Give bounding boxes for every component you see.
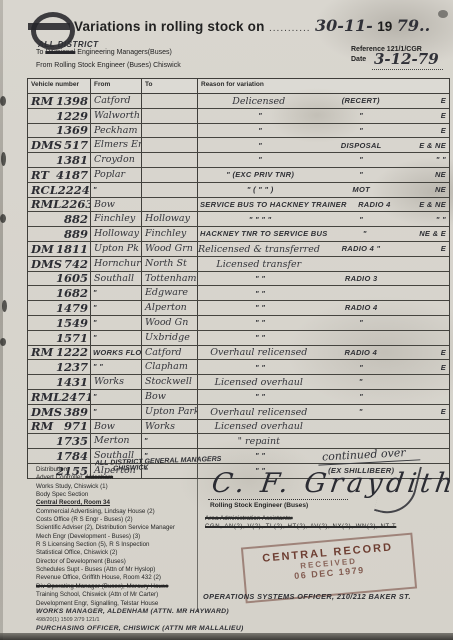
reason-cell: Licensed overhaul" — [198, 375, 449, 389]
reason-text: " " — [198, 390, 320, 404]
district-code: E — [400, 361, 449, 375]
vehicle-number-cell: 1381 — [28, 153, 91, 167]
reason-note: RADIO 3 — [320, 272, 400, 286]
to-prefix: To — [36, 49, 43, 56]
distribution-item: R S Licensing Section (5), R S Inspectio… — [36, 541, 236, 549]
reason-note: " — [328, 227, 400, 241]
to-cell — [142, 183, 198, 197]
scan-blot — [1, 152, 6, 166]
scan-blot — [0, 96, 6, 106]
form-title: Variations in rolling stock on — [74, 19, 265, 34]
distribution-item: Works Study, Chiswick (1) — [36, 483, 236, 491]
reason-cell: HACKNEY TNR TO SERVICE BUS"NE & E — [198, 227, 449, 241]
reason-text: Delicensed — [198, 95, 320, 108]
to-cell: Wood Grn — [142, 242, 198, 256]
handwritten-year: 79.. — [397, 16, 430, 35]
table-row: 1381Croydon""" " — [28, 153, 449, 168]
from-cell: " — [91, 390, 142, 404]
reason-cell: " " " """ " — [198, 212, 449, 226]
reason-cell: Licensed overhaul — [198, 420, 449, 434]
from-cell: Hornchurch — [91, 257, 142, 271]
distribution-item-text: Works Study, Chiswick (1) — [36, 483, 108, 490]
reason-cell: " ( " " )MOTNE — [198, 183, 449, 197]
vehicle-prefix: DM — [31, 243, 54, 256]
from-cell: Croydon — [91, 153, 142, 167]
distribution-item-text: Development Engr, Signalling, Telstar Ho… — [36, 600, 158, 607]
to-cell — [142, 153, 198, 167]
vehicle-number: 2263 — [61, 198, 91, 211]
distribution-item-text: R S Licensing Section (5), R S Inspectio… — [36, 541, 150, 548]
table-row: 889HollowayFinchleyHACKNEY TNR TO SERVIC… — [28, 227, 449, 242]
distribution-item-text: Mech Engr (Development - Buses) (3) — [36, 533, 140, 540]
date-label: Date — [351, 56, 366, 63]
vehicle-prefix: RT — [31, 169, 49, 182]
reason-text: " — [198, 153, 320, 167]
distribution-item-text: Div Operating Manager (Buses), Mercury H… — [36, 583, 168, 590]
vehicle-number: 889 — [64, 228, 88, 241]
distribution-item-text: WORKS MANAGER, ALDENHAM (ATTN. MR HAYWAR… — [36, 608, 229, 615]
table-body: RM1398CatfordDelicensed(RECERT)E1229Walw… — [28, 94, 449, 479]
from-cell: Bow — [91, 198, 142, 212]
vehicle-number-cell: RM1222 — [28, 346, 91, 360]
reason-text: " — [198, 124, 320, 138]
from-cell: Walworth — [91, 109, 142, 123]
to-cell: Holloway — [142, 212, 198, 226]
vehicle-number-cell: DMS742 — [28, 257, 91, 271]
vehicle-prefix: DMS — [31, 406, 62, 419]
distribution-item: Distribution: — [36, 466, 236, 474]
distribution-item-text: Scientific Adviser (2), Distribution Ser… — [36, 524, 175, 531]
table-row: 1605SouthallTottenham" "RADIO 3 — [28, 272, 449, 287]
to-cell: Clapham — [142, 360, 198, 374]
vehicle-number-cell: RM1398 — [28, 94, 91, 108]
distribution-item: PURCHASING OFFICER, CHISWICK (ATTN MR MA… — [36, 625, 236, 633]
table-row: 1682"Edgware" " — [28, 286, 449, 301]
table-header-row: Vehicle number From To Reason for variat… — [28, 79, 449, 94]
reason-note: " — [320, 109, 400, 123]
distribution-item-text: Advert Controller, — [36, 474, 85, 481]
scan-blot — [0, 214, 6, 223]
signature-dotted-line — [208, 499, 348, 500]
reason-text: " " " " — [198, 213, 320, 227]
vehicle-number-cell: 1431 — [28, 375, 91, 389]
vehicle-prefix: RML — [31, 198, 61, 211]
to-cell: " — [142, 434, 198, 448]
to-cell: Edgware — [142, 286, 198, 300]
reason-cell: Delicensed(RECERT)E — [198, 94, 449, 108]
reason-cell: " ""E — [198, 360, 449, 374]
vehicle-number: 1431 — [56, 376, 88, 389]
vehicle-number-cell: RML2263 — [28, 198, 91, 212]
from-cell: Bow — [91, 420, 142, 434]
vehicle-number: 1811 — [56, 243, 88, 256]
variations-table: Vehicle number From To Reason for variat… — [27, 78, 450, 479]
reason-text: " repaint — [198, 435, 320, 448]
to-cell: Alperton — [142, 301, 198, 315]
reason-cell: SERVICE BUS TO HACKNEY TRAINERRADIO 4E &… — [198, 198, 449, 212]
vehicle-number: 1605 — [56, 272, 88, 285]
to-cell: North St — [142, 257, 198, 271]
reason-cell: " " — [198, 331, 449, 345]
reason-text: " " — [198, 272, 320, 286]
vehicle-number-cell: 1605 — [28, 272, 91, 286]
table-row: 1431WorksStockwellLicensed overhaul" — [28, 375, 449, 390]
title-dotted-line: ........... — [269, 23, 311, 34]
reason-text: SERVICE BUS TO HACKNEY TRAINER — [198, 198, 347, 212]
col-header-reason: Reason for variation — [198, 79, 449, 93]
vehicle-number: 1479 — [56, 302, 88, 315]
reason-cell: ""E — [198, 109, 449, 123]
reason-note: RADIO 4 " — [320, 242, 400, 256]
reason-cell: " "" — [198, 390, 449, 404]
reason-note: " — [320, 405, 400, 419]
signatory-role: Rolling Stock Engineer (Buses) — [210, 502, 308, 509]
distribution-item-text: Statistical Office, Chiswick (2) — [36, 549, 117, 556]
reason-note: " — [320, 375, 400, 389]
vehicle-number-cell: DMS517 — [28, 138, 91, 152]
vehicle-prefix: RM — [31, 420, 53, 433]
printed-year-prefix: 19 — [377, 19, 392, 34]
sender-line: From Rolling Stock Engineer (Buses) Chis… — [36, 62, 181, 69]
district-code: E — [400, 94, 449, 108]
reason-cell: Licensed transfer — [198, 257, 449, 271]
to-cell: Uxbridge — [142, 331, 198, 345]
district-code: E — [400, 405, 449, 419]
reason-note: RADIO 4 — [347, 198, 400, 212]
reason-cell: " "RADIO 3 — [198, 272, 449, 286]
vehicle-prefix: RM — [31, 346, 53, 359]
scan-blot — [438, 10, 448, 18]
to-cell: Wood Gn — [142, 316, 198, 330]
reason-cell: Overhaul relicensedRADIO 4E — [198, 346, 449, 360]
from-cell: Poplar — [91, 168, 142, 182]
vehicle-number: 2224 — [58, 184, 90, 197]
district-code: E — [400, 242, 449, 256]
vehicle-prefix: RCL — [31, 184, 58, 197]
reason-cell: Overhaul relicensed"E — [198, 405, 449, 419]
table-row: 882FinchleyHolloway" " " """ " — [28, 212, 449, 227]
from-cell: Southall — [91, 272, 142, 286]
district-code: E & NE — [400, 139, 449, 153]
handwritten-operations-note: OPERATIONS SYSTEMS OFFICER, 210/212 BAKE… — [203, 592, 411, 601]
vehicle-number: 1682 — [56, 287, 88, 300]
reason-note: " — [320, 316, 400, 330]
vehicle-number: 742 — [64, 258, 88, 271]
vehicle-number: 882 — [64, 213, 88, 226]
reason-note: DISPOSAL — [320, 139, 400, 153]
from-cell: Holloway — [91, 227, 142, 241]
district-code: " " — [400, 153, 449, 167]
vehicle-number-cell: 1237 — [28, 360, 91, 374]
reason-cell: " "" — [198, 316, 449, 330]
vehicle-number-cell: DMS389 — [28, 405, 91, 419]
vehicle-number-cell: 1229 — [28, 109, 91, 123]
table-row: 1479"Alperton" "RADIO 4 — [28, 301, 449, 316]
distribution-list: Distribution:Advert Controller, Aldenham… — [36, 466, 236, 633]
table-row: 1237" "Clapham" ""E — [28, 360, 449, 375]
vehicle-number-cell: 1784 — [28, 449, 91, 463]
struck-codes-line: CGN, AN(2), V(2), TL(2), HT(2), AV(2), N… — [205, 524, 396, 530]
addressee-line: To Divisional Engineering Managers(Buses… — [36, 49, 172, 56]
distribution-item: WORKS MANAGER, ALDENHAM (ATTN. MR HAYWAR… — [36, 608, 236, 616]
table-row: 1571"Uxbridge" " — [28, 331, 449, 346]
to-cell: Finchley — [142, 227, 198, 241]
struck-word-divisional: Divisional — [45, 49, 75, 56]
vehicle-number-cell: 1735 — [28, 434, 91, 448]
vehicle-number-cell: RCL2224 — [28, 183, 91, 197]
reason-text: " " — [198, 316, 320, 330]
table-row: RM1398CatfordDelicensed(RECERT)E — [28, 94, 449, 109]
to-rest: Engineering Managers(Buses) — [77, 49, 172, 56]
from-cell: Finchley — [91, 212, 142, 226]
reason-cell: " " — [198, 286, 449, 300]
table-row: 1229Walworth""E — [28, 109, 449, 124]
vehicle-prefix: RM — [31, 95, 53, 108]
vehicle-prefix: RML — [31, 391, 61, 404]
distribution-item: 498/20(1) 1509 2/79 121/1 — [36, 616, 236, 624]
distribution-item: Advert Controller, Aldenham — [36, 474, 236, 482]
to-cell: Bow — [142, 390, 198, 404]
reason-note: MOT — [320, 183, 400, 197]
vehicle-number-cell: 1479 — [28, 301, 91, 315]
distribution-item-text: Costs Office (R S Engr - Buses) (2) — [36, 516, 133, 523]
handwritten-date: 30-11- — [315, 16, 373, 35]
from-cell: Upton Pk — [91, 242, 142, 256]
table-row: RCL2224"" ( " " )MOTNE — [28, 183, 449, 198]
reason-note: " — [320, 153, 400, 167]
distribution-item-text: Body Spec Section — [36, 491, 88, 498]
reason-cell: ""E — [198, 124, 449, 138]
vehicle-number: 1549 — [56, 317, 88, 330]
table-row: 1369Peckham""E — [28, 124, 449, 139]
vehicle-number-cell: RM971 — [28, 420, 91, 434]
district-code: E — [400, 109, 449, 123]
vehicle-number: 1784 — [56, 450, 88, 463]
district-code: E — [400, 346, 449, 360]
reason-note: RADIO 4 — [320, 301, 400, 315]
distribution-item-text: Central Record, Room 34 — [36, 499, 110, 506]
reason-note: " — [320, 124, 400, 138]
from-cell: Catford — [91, 94, 142, 108]
reason-cell: """ " — [198, 153, 449, 167]
reason-text: " " — [198, 361, 320, 375]
reason-cell: " (EXC PRIV TNR)"NE — [198, 168, 449, 182]
reason-text: " " — [198, 287, 320, 301]
reason-note: (RECERT) — [320, 94, 400, 108]
scan-blot — [0, 338, 6, 346]
reason-text: Overhaul relicensed — [198, 406, 320, 419]
vehicle-number: 1369 — [56, 124, 88, 137]
to-cell — [142, 124, 198, 138]
reason-text: Licensed transfer — [198, 258, 320, 271]
table-row: DMS742HornchurchNorth StLicensed transfe… — [28, 257, 449, 272]
vehicle-number-cell: 882 — [28, 212, 91, 226]
from-cell: Elmers End — [91, 138, 142, 152]
reason-text: Licensed overhaul — [198, 420, 320, 433]
to-cell — [142, 109, 198, 123]
scan-bottom-band — [0, 633, 453, 640]
distribution-item: Statistical Office, Chiswick (2) — [36, 549, 236, 557]
vehicle-number-cell: DM1811 — [28, 242, 91, 256]
from-cell: Works — [91, 375, 142, 389]
reason-cell: "DISPOSALE & NE — [198, 138, 449, 152]
distribution-item: Schedules Supt - Buses (Attn of Mr Hyslo… — [36, 566, 236, 574]
distribution-item: Body Spec Section — [36, 491, 236, 499]
reason-text: " " — [198, 331, 320, 345]
vehicle-number-cell: 1682 — [28, 286, 91, 300]
reason-text: Overhaul relicensed — [198, 346, 320, 359]
distribution-item: Central Record, Room 34 — [36, 499, 236, 507]
to-cell: Stockwell — [142, 375, 198, 389]
vehicle-number: 1229 — [56, 110, 88, 123]
from-cell: " — [91, 331, 142, 345]
to-cell: Upton Park — [142, 405, 198, 419]
table-row: DMS389"Upton ParkOverhaul relicensed"E — [28, 405, 449, 420]
table-row: RML2263BowSERVICE BUS TO HACKNEY TRAINER… — [28, 198, 449, 213]
scanned-document-page: Variations in rolling stock on .........… — [0, 0, 453, 640]
vehicle-number: 1398 — [56, 95, 88, 108]
vehicle-number: 4187 — [56, 169, 88, 182]
to-cell: Catford — [142, 346, 198, 360]
vehicle-number: 971 — [64, 420, 88, 433]
table-row: RM1222WORKS FLOATCatfordOverhaul relicen… — [28, 346, 449, 361]
reason-text: " (EXC PRIV TNR) — [198, 168, 320, 182]
handwritten-all-district: ALL DISTRICT — [38, 40, 99, 49]
distribution-item: Director of Development (Buses) — [36, 558, 236, 566]
reason-text: " — [198, 109, 320, 123]
vehicle-prefix: DMS — [31, 139, 62, 152]
to-cell — [142, 168, 198, 182]
reason-note: RADIO 4 — [320, 346, 400, 360]
from-cell: Peckham — [91, 124, 142, 138]
reason-text: HACKNEY TNR TO SERVICE BUS — [198, 227, 328, 241]
distribution-item: Mech Engr (Development - Buses) (3) — [36, 533, 236, 541]
vehicle-number: 1237 — [56, 361, 88, 374]
vehicle-number-cell: 1571 — [28, 331, 91, 345]
from-cell: " — [91, 405, 142, 419]
col-header-to: To — [142, 79, 198, 93]
table-row: RT4187Poplar" (EXC PRIV TNR)"NE — [28, 168, 449, 183]
from-cell: " — [91, 301, 142, 315]
table-row: 1549"Wood Gn" "" — [28, 316, 449, 331]
vehicle-number-cell: 1549 — [28, 316, 91, 330]
vehicle-number-cell: RT4187 — [28, 168, 91, 182]
reason-cell: " "RADIO 4 — [198, 301, 449, 315]
reason-note: " — [320, 390, 400, 404]
reason-text: Relicensed & transferred — [198, 243, 320, 256]
district-code: NE — [400, 168, 449, 182]
vehicle-number: 1222 — [56, 346, 88, 359]
district-code: E & NE — [400, 198, 449, 212]
to-cell — [142, 94, 198, 108]
distribution-item: Div Operating Manager (Buses), Mercury H… — [36, 583, 236, 591]
from-cell: " — [91, 316, 142, 330]
reason-cell: Relicensed & transferredRADIO 4 "E — [198, 242, 449, 256]
scan-blot — [2, 300, 7, 312]
col-header-vehicle-number: Vehicle number — [28, 79, 91, 93]
handwritten-issue-date: 3-12-79 — [372, 50, 443, 70]
reason-text: " " — [198, 301, 320, 315]
vehicle-number: 517 — [64, 139, 88, 152]
vehicle-number-cell: 1369 — [28, 124, 91, 138]
reason-note: " — [320, 361, 400, 375]
distribution-item-text: Training School, Chiswick (Attn of Mr Ca… — [36, 591, 158, 598]
distribution-item: Revenue Office, Griffith House, Room 432… — [36, 574, 236, 582]
district-code: E — [400, 124, 449, 138]
to-cell — [142, 198, 198, 212]
reason-text: Licensed overhaul — [198, 376, 320, 389]
roundel-bar — [28, 23, 70, 30]
to-cell — [142, 138, 198, 152]
distribution-item-struck-part: Aldenham — [85, 474, 113, 481]
vehicle-prefix: DMS — [31, 258, 62, 271]
distribution-item-text: PURCHASING OFFICER, CHISWICK (ATTN MR MA… — [36, 625, 244, 632]
from-cell: " — [91, 183, 142, 197]
distribution-item-text: Director of Development (Buses) — [36, 558, 126, 565]
vehicle-number: 389 — [64, 406, 88, 419]
vehicle-number: 1381 — [56, 154, 88, 167]
vehicle-number-cell: 889 — [28, 227, 91, 241]
form-title-line: Variations in rolling stock on .........… — [74, 16, 430, 36]
reason-note: " — [320, 168, 400, 182]
district-code: NE & E — [400, 227, 449, 241]
reason-text: " — [198, 139, 320, 153]
struck-text-line: Area Administration Assistants: — [205, 515, 293, 522]
vehicle-number-cell: RML2471 — [28, 390, 91, 404]
table-row: DMS517Elmers End"DISPOSALE & NE — [28, 138, 449, 153]
district-code: " " — [400, 213, 449, 227]
distribution-item-text: Distribution: — [36, 466, 69, 473]
table-row: RML2471"Bow" "" — [28, 390, 449, 405]
table-row: DM1811Upton PkWood GrnRelicensed & trans… — [28, 242, 449, 257]
vehicle-number: 1571 — [56, 332, 88, 345]
distribution-item-text: 498/20(1) 1509 2/79 121/1 — [36, 617, 100, 623]
london-transport-roundel-logo — [28, 12, 70, 42]
vehicle-number: 1735 — [56, 435, 88, 448]
from-cell: " — [91, 286, 142, 300]
distribution-item-text: Revenue Office, Griffith House, Room 432… — [36, 574, 161, 581]
from-cell: WORKS FLOAT — [91, 346, 142, 360]
distribution-item-text: Commercial Advertising, Lindsay House (2… — [36, 508, 155, 515]
from-cell: " " — [91, 360, 142, 374]
reason-note: " — [320, 213, 400, 227]
table-row: RM971BowWorksLicensed overhaul — [28, 420, 449, 435]
district-code: NE — [400, 183, 449, 197]
to-cell: Tottenham — [142, 272, 198, 286]
col-header-from: From — [91, 79, 142, 93]
to-cell: Works — [142, 420, 198, 434]
from-cell: Merton — [91, 434, 142, 448]
distribution-item-text: Schedules Supt - Buses (Attn of Mr Hyslo… — [36, 566, 155, 573]
vehicle-number: 2471 — [61, 391, 91, 404]
reason-text: " ( " " ) — [198, 183, 320, 197]
